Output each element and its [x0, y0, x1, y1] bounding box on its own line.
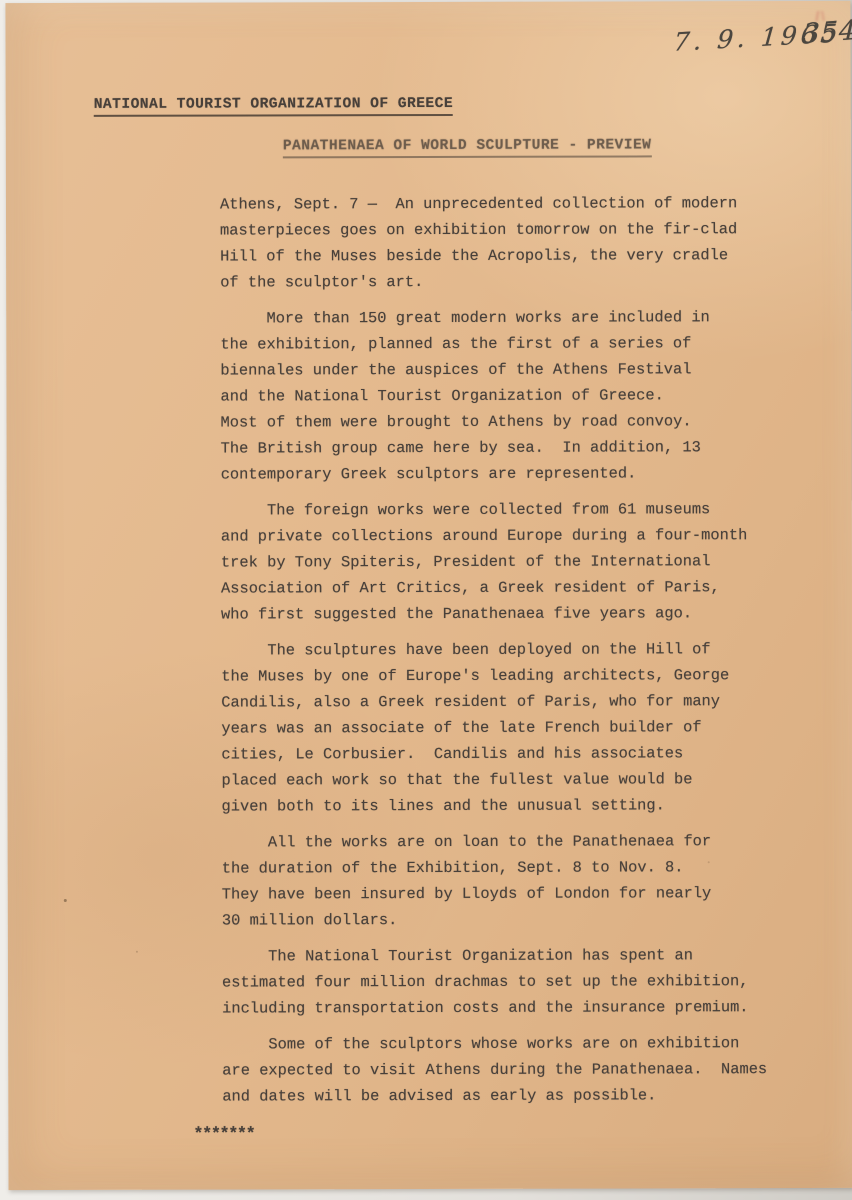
text-line: and dates will be advised as early as po… [222, 1082, 852, 1110]
text-line: They have been insured by Lloyds of Lond… [222, 880, 852, 908]
text-line: More than 150 great modern works are inc… [220, 304, 851, 332]
scanned-page-background: 7. 9. 1965 354 NATIONAL TOURIST ORGANIZA… [0, 0, 852, 1200]
text-line: Candilis, also a Greek resident of Paris… [221, 688, 852, 716]
text-line: The British group came here by sea. In a… [221, 434, 852, 462]
paper-speck [64, 899, 67, 902]
document-title: PANATHENAEA OF WORLD SCULPTURE - PREVIEW [283, 137, 851, 158]
text-line: and the National Tourist Organization of… [220, 382, 851, 410]
text-line: the exhibition, planned as the first of … [220, 330, 851, 358]
paragraph: More than 150 great modern works are inc… [220, 304, 851, 488]
text-line: trek by Tony Spiteris, President of the … [221, 548, 852, 576]
text-line: The sculptures have been deployed on the… [221, 636, 852, 664]
text-line: placed each work so that the fullest val… [221, 766, 852, 794]
text-line: All the works are on loan to the Panathe… [222, 828, 852, 856]
text-line: who first suggested the Panathenaea five… [221, 600, 852, 628]
text-line: contemporary Greek sculptors are represe… [221, 460, 852, 488]
text-line: years was an associate of the late Frenc… [221, 714, 852, 742]
text-line: given both to its lines and the unusual … [222, 792, 852, 820]
paragraph: Some of the sculptors whose works are on… [222, 1030, 852, 1110]
text-line: Some of the sculptors whose works are on… [222, 1030, 852, 1058]
text-line: Association of Art Critics, a Greek resi… [221, 574, 852, 602]
paragraph: All the works are on loan to the Panathe… [222, 828, 852, 934]
paragraph: The foreign works were collected from 61… [221, 496, 852, 628]
text-line: 30 million dollars. [222, 906, 852, 934]
text-line: biennales under the auspices of the Athe… [220, 356, 851, 384]
text-line: Hill of the Muses beside the Acropolis, … [220, 242, 851, 270]
text-line: cities, Le Corbusier. Candilis and his a… [221, 740, 852, 768]
text-line: The foreign works were collected from 61… [221, 496, 852, 524]
document-page: 7. 9. 1965 354 NATIONAL TOURIST ORGANIZA… [5, 1, 852, 1190]
organization-heading-text: NATIONAL TOURIST ORGANIZATION OF GREECE [94, 96, 453, 117]
text-line: Most of them were brought to Athens by r… [221, 408, 852, 436]
paragraph: Athens, Sept. 7 — An unprecedented colle… [220, 190, 851, 296]
text-line: and private collections around Europe du… [221, 522, 852, 550]
paragraph: The sculptures have been deployed on the… [221, 636, 852, 820]
text-line: the Muses by one of Europe's leading arc… [221, 662, 852, 690]
paper-speck [136, 951, 138, 953]
text-line: The National Tourist Organization has sp… [222, 942, 852, 970]
paragraph: The National Tourist Organization has sp… [222, 942, 852, 1022]
text-line: masterpieces goes on exhibition tomorrow… [220, 216, 851, 244]
text-line: of the sculptor's art. [220, 268, 851, 296]
faint-pencil-mark [805, 11, 831, 21]
organization-heading: NATIONAL TOURIST ORGANIZATION OF GREECE [94, 95, 851, 117]
paper-speck [708, 861, 710, 863]
text-line: Athens, Sept. 7 — An unprecedented colle… [220, 190, 851, 218]
text-line: including transportation costs and the i… [222, 994, 852, 1022]
document-body: Athens, Sept. 7 — An unprecedented colle… [220, 190, 852, 1110]
asterisk-divider: ******* [193, 1124, 852, 1145]
document-title-text: PANATHENAEA OF WORLD SCULPTURE - PREVIEW [283, 137, 652, 158]
text-line: estimated four million drachmas to set u… [222, 968, 852, 996]
text-line: the duration of the Exhibition, Sept. 8 … [222, 854, 852, 882]
text-line: are expected to visit Athens during the … [222, 1056, 852, 1084]
